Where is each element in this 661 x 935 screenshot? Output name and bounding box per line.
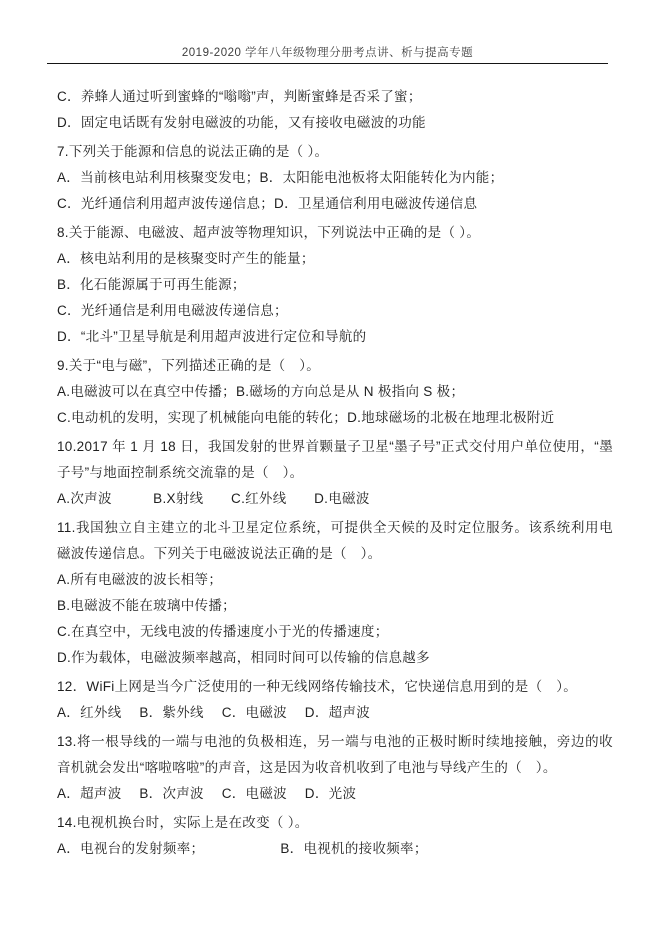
paragraph-line: D．固定电话既有发射电磁波的功能，又有接收电磁波的功能 [57,110,613,136]
paragraph-line: 13.将一根导线的一端与电池的负极相连，另一端与电池的正极时断时续地接触，旁边的… [57,729,613,781]
document-body: C．养蜂人通过听到蜜蜂的“嗡嗡”声，判断蜜蜂是否采了蜜；D．固定电话既有发射电磁… [0,84,661,862]
paragraph-line: C．光纤通信是利用电磁波传递信息； [57,298,613,324]
paragraph-line: 9.关于“电与磁”，下列描述正确的是（ ）。 [57,353,613,379]
paragraph-line: C.在真空中，无线电波的传播速度小于光的传播速度； [57,619,613,645]
header-divider [47,63,608,64]
paragraph-line: A.次声波 B.X射线 C.红外线 D.电磁波 [57,486,613,512]
paragraph-line: A．电视台的发射频率； B．电视机的接收频率； [57,836,613,862]
paragraph-line: 10.2017 年 1 月 18 日，我国发射的世界首颗量子卫星“墨子号”正式交… [57,434,613,486]
paragraph-line: 8.关于能源、电磁波、超声波等物理知识，下列说法中正确的是（ ）。 [57,220,613,246]
paragraph-line: B．化石能源属于可再生能源； [57,272,613,298]
paragraph-line: B.电磁波不能在玻璃中传播； [57,593,613,619]
paragraph-line: A．当前核电站利用核聚变发电；B．太阳能电池板将太阳能转化为内能； [57,165,613,191]
paragraph-line: A.电磁波可以在真空中传播；B.磁场的方向总是从 N 极指向 S 极； [57,379,613,405]
paragraph-line: A．超声波 B．次声波 C．电磁波 D．光波 [57,781,613,807]
paragraph-line: C．光纤通信利用超声波传递信息；D．卫星通信利用电磁波传递信息 [57,191,613,217]
document-header-title: 2019-2020 学年八年级物理分册考点讲、析与提高专题 [47,46,608,61]
paragraph-line: A．红外线 B．紫外线 C．电磁波 D．超声波 [57,700,613,726]
paragraph-line: 14.电视机换台时，实际上是在改变（ ）。 [57,810,613,836]
document-header: 2019-2020 学年八年级物理分册考点讲、析与提高专题 [47,0,608,61]
paragraph-line: 11.我国独立自主建立的北斗卫星定位系统，可提供全天候的及时定位服务。该系统利用… [57,515,613,567]
paragraph-line: D.作为载体，电磁波频率越高，相同时间可以传输的信息越多 [57,645,613,671]
paragraph-line: C.电动机的发明，实现了机械能向电能的转化；D.地球磁场的北极在地理北极附近 [57,405,613,431]
paragraph-line: A.所有电磁波的波长相等； [57,567,613,593]
paragraph-line: 12．WiFi上网是当今广泛使用的一种无线网络传输技术，它快递信息用到的是（ ）… [57,674,613,700]
paragraph-line: C．养蜂人通过听到蜜蜂的“嗡嗡”声，判断蜜蜂是否采了蜜； [57,84,613,110]
paragraph-line: D．“北斗”卫星导航是利用超声波进行定位和导航的 [57,324,613,350]
paragraph-line: 7.下列关于能源和信息的说法正确的是（ ）。 [57,139,613,165]
paragraph-line: A．核电站利用的是核聚变时产生的能量； [57,246,613,272]
document-page: 2019-2020 学年八年级物理分册考点讲、析与提高专题 C．养蜂人通过听到蜜… [0,0,661,935]
